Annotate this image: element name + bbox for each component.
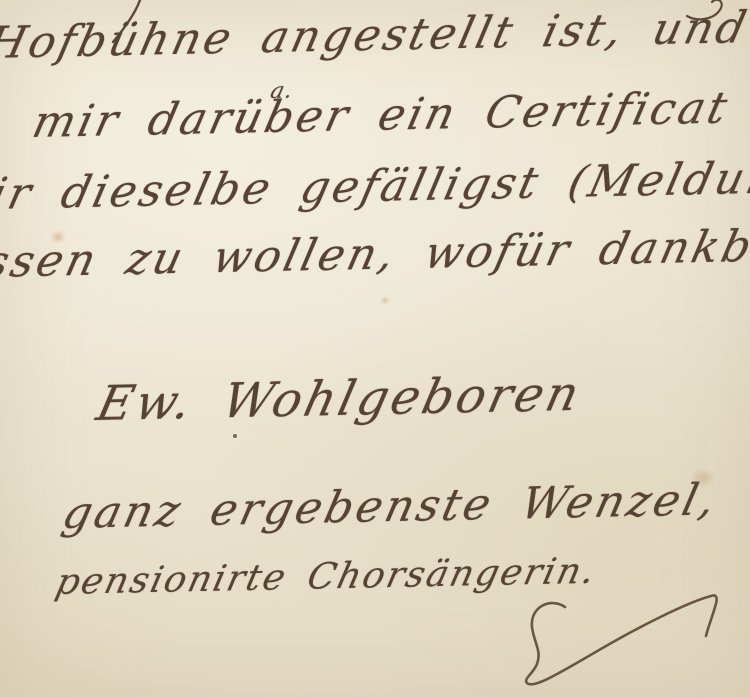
salutation-line: Ew. Wohlgeboren [92, 368, 587, 431]
signature-paraph-flourish-icon [510, 585, 730, 690]
valediction-signature-line: ganz ergebenste Wenzel, [58, 476, 723, 538]
handwriting-line-2: mir darüber ein Certificat gütig [28, 81, 750, 147]
foxing-stain-icon [380, 296, 390, 305]
handwriting-line-4: ssen zu wollen, wofür dankbar [0, 222, 750, 287]
stray-ink-dot-icon [233, 434, 237, 438]
handwriting-line-3: ir dieselbe gefälligst (Meldung [0, 154, 750, 219]
manuscript-page: Hofbühne angestellt ist, und ich bi a. m… [0, 0, 750, 697]
